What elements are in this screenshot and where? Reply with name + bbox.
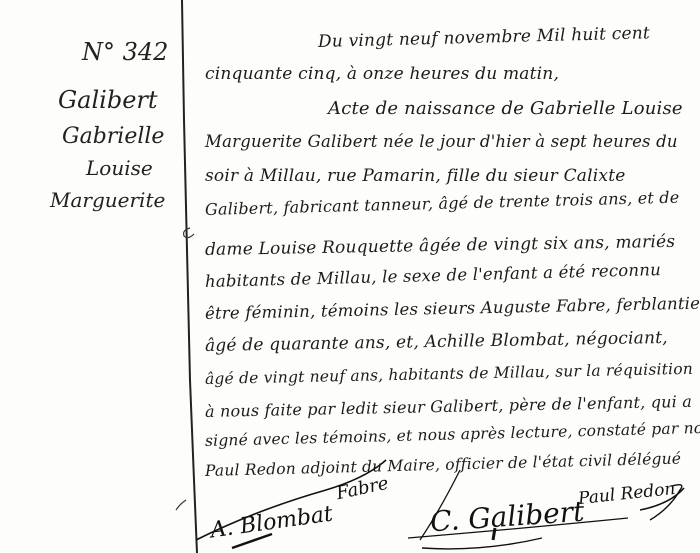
record-line-3: Acte de naissance de Gabrielle Louise — [328, 98, 683, 119]
signature-officer: Paul Redon — [577, 479, 676, 509]
signature-father: C. Galibert — [429, 495, 585, 539]
record-line-6: Galibert, fabricant tanneur, âgé de tren… — [205, 188, 680, 219]
signature-witness-fabre: Fabre — [334, 473, 390, 505]
record-line-4: Marguerite Galibert née le jour d'hier à… — [205, 132, 678, 151]
signature-witness-blombat: A. Blombat — [209, 502, 335, 544]
record-line-12: à nous faite par ledit sieur Galibert, p… — [205, 392, 692, 421]
record-line-11: âgé de vingt neuf ans, habitants de Mill… — [205, 360, 693, 388]
record-line-2: cinquante cinq, à onze heures du matin, — [205, 64, 559, 84]
record-line-13: signé avec les témoins, et nous après le… — [205, 418, 700, 450]
margin-given-name-3: Marguerite — [50, 190, 165, 210]
record-line-14: Paul Redon adjoint du Maire, officier de… — [205, 450, 682, 480]
document-page: N° 342 Galibert Gabrielle Louise Marguer… — [0, 0, 700, 553]
record-line-5: soir à Millau, rue Pamarin, fille du sie… — [205, 166, 626, 186]
margin-surname: Galibert — [58, 88, 158, 112]
record-line-8: habitants de Millau, le sexe de l'enfant… — [205, 260, 661, 291]
record-number: N° 342 — [82, 40, 168, 64]
record-line-7: dame Louise Rouquette âgée de vingt six … — [205, 232, 676, 260]
record-line-9: être féminin, témoins les sieurs Auguste… — [205, 293, 700, 323]
margin-given-name-2: Louise — [86, 158, 153, 178]
record-line-10: âgé de quarante ans, et, Achille Blombat… — [205, 328, 668, 356]
record-line-1: Du vingt neuf novembre Mil huit cent — [318, 23, 650, 52]
margin-given-name-1: Gabrielle — [62, 126, 164, 148]
